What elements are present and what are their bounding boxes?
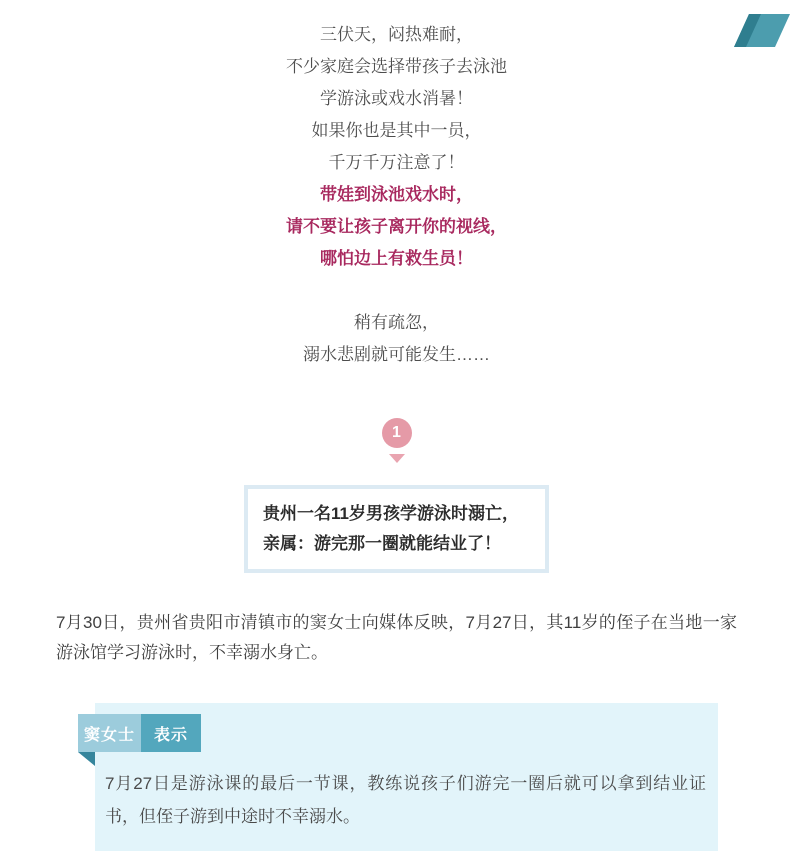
speaker-tag: 窦女士 表示 <box>78 714 201 752</box>
corner-ribbon-svg <box>734 14 790 47</box>
warning-line: 带娃到泳池戏水时， <box>0 179 793 211</box>
intro-line: 溺水悲剧就可能发生…… <box>0 339 793 371</box>
spacer <box>0 275 793 307</box>
headline-line-1: 贵州一名11岁男孩学游泳时溺亡， <box>263 499 533 529</box>
section-marker: 1 <box>0 418 793 463</box>
corner-ribbon-icon <box>734 14 790 47</box>
speaker-verb-label: 表示 <box>141 714 201 752</box>
quote-section: 7月27日是游泳课的最后一节课，教练说孩子们游完一圈后就可以拿到结业证书，但侄子… <box>78 703 718 851</box>
intro-block: 三伏天，闷热难耐， 不少家庭会选择带孩子去泳池 学游泳或戏水消暑！ 如果你也是其… <box>0 0 793 371</box>
intro-line: 如果你也是其中一员， <box>0 115 793 147</box>
triangle-down-icon <box>389 454 405 463</box>
warning-line: 请不要让孩子离开你的视线， <box>0 211 793 243</box>
speaker-name-label: 窦女士 <box>78 714 141 752</box>
intro-line: 学游泳或戏水消暑！ <box>0 83 793 115</box>
intro-line: 稍有疏忽， <box>0 307 793 339</box>
article-page: 三伏天，闷热难耐， 不少家庭会选择带孩子去泳池 学游泳或戏水消暑！ 如果你也是其… <box>0 0 793 851</box>
intro-line: 千万千万注意了！ <box>0 147 793 179</box>
quote-text: 7月27日是游泳课的最后一节课，教练说孩子们游完一圈后就可以拿到结业证书，但侄子… <box>105 767 706 833</box>
headline-box: 贵州一名11岁男孩学游泳时溺亡， 亲属：游完那一圈就能结业了！ <box>244 485 549 573</box>
intro-line: 不少家庭会选择带孩子去泳池 <box>0 51 793 83</box>
body-paragraph: 7月30日，贵州省贵阳市清镇市的窦女士向媒体反映，7月27日，其11岁的侄子在当… <box>56 608 737 668</box>
tag-fold-corner-icon <box>78 752 95 766</box>
warning-line: 哪怕边上有救生员！ <box>0 243 793 275</box>
headline-line-2: 亲属：游完那一圈就能结业了！ <box>263 529 533 559</box>
intro-line: 三伏天，闷热难耐， <box>0 19 793 51</box>
section-number-badge: 1 <box>382 418 412 448</box>
